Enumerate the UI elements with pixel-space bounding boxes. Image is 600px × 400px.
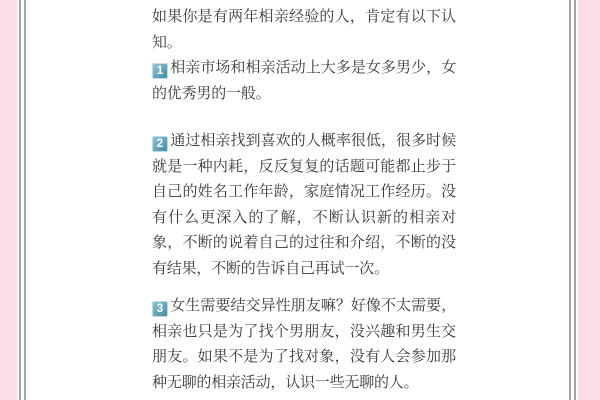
list-item-text: 女生需要结交异性朋友嘛？好像不太需要，相亲也只是为了找个男朋友，没兴趣和男生交朋…	[152, 297, 456, 391]
list-item: 1相亲市场和相亲活动上大多是女多男少，女的优秀男的一般。	[152, 55, 456, 106]
item-number-badge: 1	[152, 63, 168, 79]
right-pink-band	[578, 0, 600, 400]
left-double-rule	[19, 0, 26, 400]
intro-paragraph: 如果你是有两年相亲经验的人，肯定有以下认知。	[152, 4, 456, 55]
item-number-badge: 3	[152, 301, 168, 317]
right-double-rule	[569, 0, 576, 400]
list-item: 2通过相亲找到喜欢的人概率很低，很多时候就是一种内耗，反反复复的话题可能都止步于…	[152, 128, 456, 281]
list-item-text: 通过相亲找到喜欢的人概率很低，很多时候就是一种内耗，反反复复的话题可能都止步于自…	[152, 132, 456, 277]
article-text-block: 如果你是有两年相亲经验的人，肯定有以下认知。 1相亲市场和相亲活动上大多是女多男…	[152, 4, 456, 395]
post-image: 如果你是有两年相亲经验的人，肯定有以下认知。 1相亲市场和相亲活动上大多是女多男…	[0, 0, 600, 400]
item-number-badge: 2	[152, 136, 168, 152]
list-item-text: 相亲市场和相亲活动上大多是女多男少，女的优秀男的一般。	[152, 59, 456, 102]
left-pink-band	[0, 0, 17, 400]
list-item: 3女生需要结交异性朋友嘛？好像不太需要，相亲也只是为了找个男朋友，没兴趣和男生交…	[152, 293, 456, 395]
